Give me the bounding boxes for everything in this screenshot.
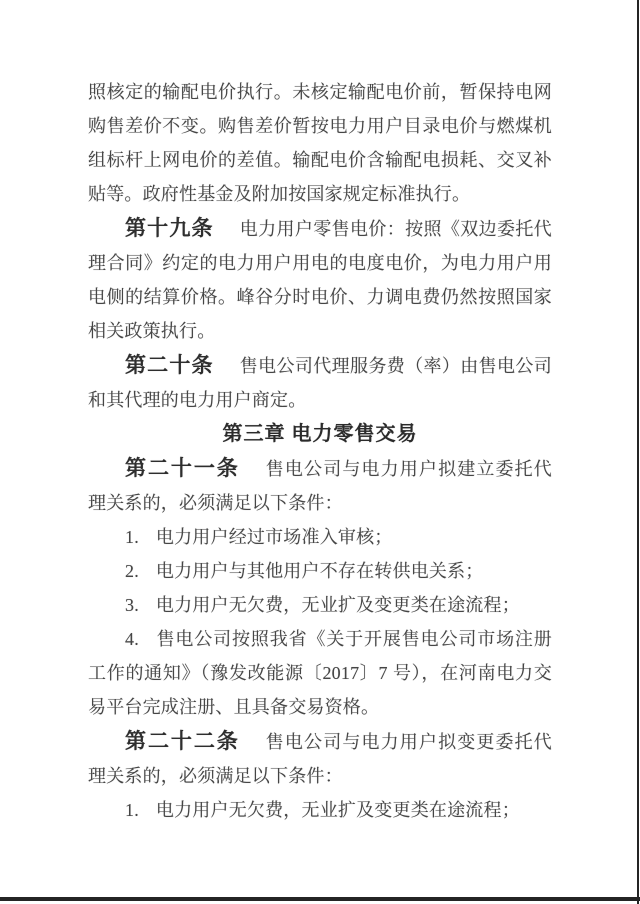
article-number-label: 第二十条 <box>125 353 214 377</box>
list-item-number: 3. <box>125 595 139 615</box>
numbered-list-item: 4.售电公司按照我省《关于开展售电公司市场注册工作的通知》（豫发改能源〔2017… <box>88 622 552 724</box>
numbered-list-item: 1.电力用户无欠费，无业扩及变更类在途流程； <box>88 793 552 827</box>
list-item-text: 售电公司按照我省《关于开展售电公司市场注册工作的通知》（豫发改能源〔2017〕7… <box>88 629 552 717</box>
numbered-list-item: 3.电力用户无欠费，无业扩及变更类在途流程； <box>88 588 552 622</box>
numbered-list-item: 2.电力用户与其他用户不存在转供电关系； <box>88 554 552 588</box>
list-item-number: 1. <box>125 800 139 820</box>
list-item-text: 电力用户无欠费，无业扩及变更类在途流程； <box>156 800 520 820</box>
article-paragraph: 第十九条电力用户零售电价：按照《双边委托代理合同》约定的电力用户用电的电度电价，… <box>88 211 552 348</box>
list-item-text: 电力用户经过市场准入审核； <box>156 527 393 547</box>
list-item-text: 电力用户无欠费，无业扩及变更类在途流程； <box>156 595 520 615</box>
article-number-label: 第二十一条 <box>125 456 240 480</box>
numbered-list-item: 1.电力用户经过市场准入审核； <box>88 520 552 554</box>
page-scan-edge-bottom <box>0 897 640 901</box>
article-number-label: 第十九条 <box>125 216 214 240</box>
list-item-text: 电力用户与其他用户不存在转供电关系； <box>156 561 484 581</box>
article-paragraph: 第二十二条售电公司与电力用户拟变更委托代理关系的，必须满足以下条件： <box>88 724 552 793</box>
article-number-label: 第二十二条 <box>125 729 240 753</box>
list-item-number: 4. <box>125 629 139 649</box>
list-item-number: 1. <box>125 527 139 547</box>
chapter-heading: 第三章 电力零售交易 <box>88 417 552 451</box>
article-paragraph: 第二十条售电公司代理服务费（率）由售电公司和其代理的电力用户商定。 <box>88 348 552 417</box>
body-paragraph: 照核定的输配电价执行。未核定输配电价前，暂保持电网购售差价不变。购售差价暂按电力… <box>88 75 552 211</box>
document-content: 照核定的输配电价执行。未核定输配电价前，暂保持电网购售差价不变。购售差价暂按电力… <box>88 75 552 827</box>
scanned-document-page: 照核定的输配电价执行。未核定输配电价前，暂保持电网购售差价不变。购售差价暂按电力… <box>0 0 640 904</box>
article-paragraph: 第二十一条售电公司与电力用户拟建立委托代理关系的，必须满足以下条件： <box>88 451 552 520</box>
list-item-number: 2. <box>125 561 139 581</box>
page-scan-edge-right <box>637 0 639 904</box>
